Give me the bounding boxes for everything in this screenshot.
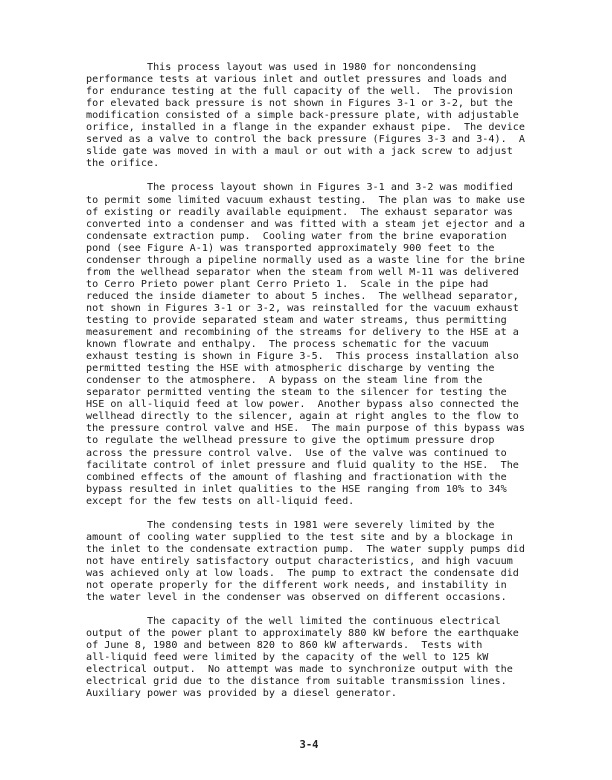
text-line: orifice, installed in a flange in the ex…: [86, 122, 536, 134]
text-line: slide gate was moved in with a maul or o…: [86, 146, 536, 158]
text-line: exhaust testing is shown in Figure 3-5. …: [86, 351, 536, 363]
text-line: for endurance testing at the full capaci…: [86, 86, 536, 98]
text-line: not have entirely satisfactory output ch…: [86, 556, 536, 568]
text-line: the inlet to the condensate extraction p…: [86, 544, 536, 556]
text-line: not operate properly for the different w…: [86, 580, 536, 592]
paragraph-process-layout-1980: This process layout was used in 1980 for…: [86, 62, 536, 170]
text-line: The capacity of the well limited the con…: [86, 616, 536, 628]
text-line: to regulate the wellhead pressure to giv…: [86, 435, 536, 447]
text-line: except for the few tests on all-liquid f…: [86, 496, 536, 508]
text-line: not shown in Figures 3-1 or 3-2, was rei…: [86, 303, 536, 315]
text-line: was achieved only at low loads. The pump…: [86, 568, 536, 580]
text-line: all-liquid feed were limited by the capa…: [86, 652, 536, 664]
text-line: measurement and recombining of the strea…: [86, 327, 536, 339]
text-line: separator permitted venting the steam to…: [86, 387, 536, 399]
text-line: The process layout shown in Figures 3-1 …: [86, 182, 536, 194]
text-line: known flowrate and enthalpy. The process…: [86, 339, 536, 351]
text-line: converted into a condenser and was fitte…: [86, 219, 536, 231]
text-line: Auxiliary power was provided by a diesel…: [86, 688, 536, 700]
text-line: condenser through a pipeline normally us…: [86, 255, 536, 267]
text-line: pond (see Figure A-1) was transported ap…: [86, 243, 536, 255]
text-line: modification consisted of a simple back-…: [86, 110, 536, 122]
text-line: performance tests at various inlet and o…: [86, 74, 536, 86]
text-line: from the wellhead separator when the ste…: [86, 267, 536, 279]
text-line: condensate extraction pump. Cooling wate…: [86, 231, 536, 243]
text-line: wellhead directly to the silencer, again…: [86, 411, 536, 423]
document-body: This process layout was used in 1980 for…: [86, 62, 536, 713]
page-number: 3-4: [0, 739, 612, 751]
text-line: electrical output. No attempt was made t…: [86, 664, 536, 676]
text-line: electrical grid due to the distance from…: [86, 676, 536, 688]
text-line: to permit some limited vacuum exhaust te…: [86, 195, 536, 207]
text-line: facilitate control of inlet pressure and…: [86, 460, 536, 472]
text-line: permitted testing the HSE with atmospher…: [86, 363, 536, 375]
text-line: condenser to the atmosphere. A bypass on…: [86, 375, 536, 387]
text-line: amount of cooling water supplied to the …: [86, 532, 536, 544]
text-line: to Cerro Prieto power plant Cerro Prieto…: [86, 279, 536, 291]
text-line: the orifice.: [86, 158, 536, 170]
text-line: HSE on all-liquid feed at low power. Ano…: [86, 399, 536, 411]
text-line: the pressure control valve and HSE. The …: [86, 423, 536, 435]
text-line: the water level in the condenser was obs…: [86, 592, 536, 604]
paragraph-well-capacity: The capacity of the well limited the con…: [86, 616, 536, 700]
text-line: This process layout was used in 1980 for…: [86, 62, 536, 74]
paragraph-condensing-tests-1981: The condensing tests in 1981 were severe…: [86, 520, 536, 604]
text-line: of June 8, 1980 and between 820 to 860 k…: [86, 640, 536, 652]
text-line: bypass resulted in inlet qualities to th…: [86, 484, 536, 496]
text-line: of existing or readily available equipme…: [86, 207, 536, 219]
text-line: reduced the inside diameter to about 5 i…: [86, 291, 536, 303]
text-line: testing to provide separated steam and w…: [86, 315, 536, 327]
text-line: served as a valve to control the back pr…: [86, 134, 536, 146]
text-line: across the pressure control valve. Use o…: [86, 448, 536, 460]
text-line: combined effects of the amount of flashi…: [86, 472, 536, 484]
text-line: The condensing tests in 1981 were severe…: [86, 520, 536, 532]
text-line: for elevated back pressure is not shown …: [86, 98, 536, 110]
text-line: output of the power plant to approximate…: [86, 628, 536, 640]
paragraph-vacuum-exhaust-modification: The process layout shown in Figures 3-1 …: [86, 182, 536, 507]
